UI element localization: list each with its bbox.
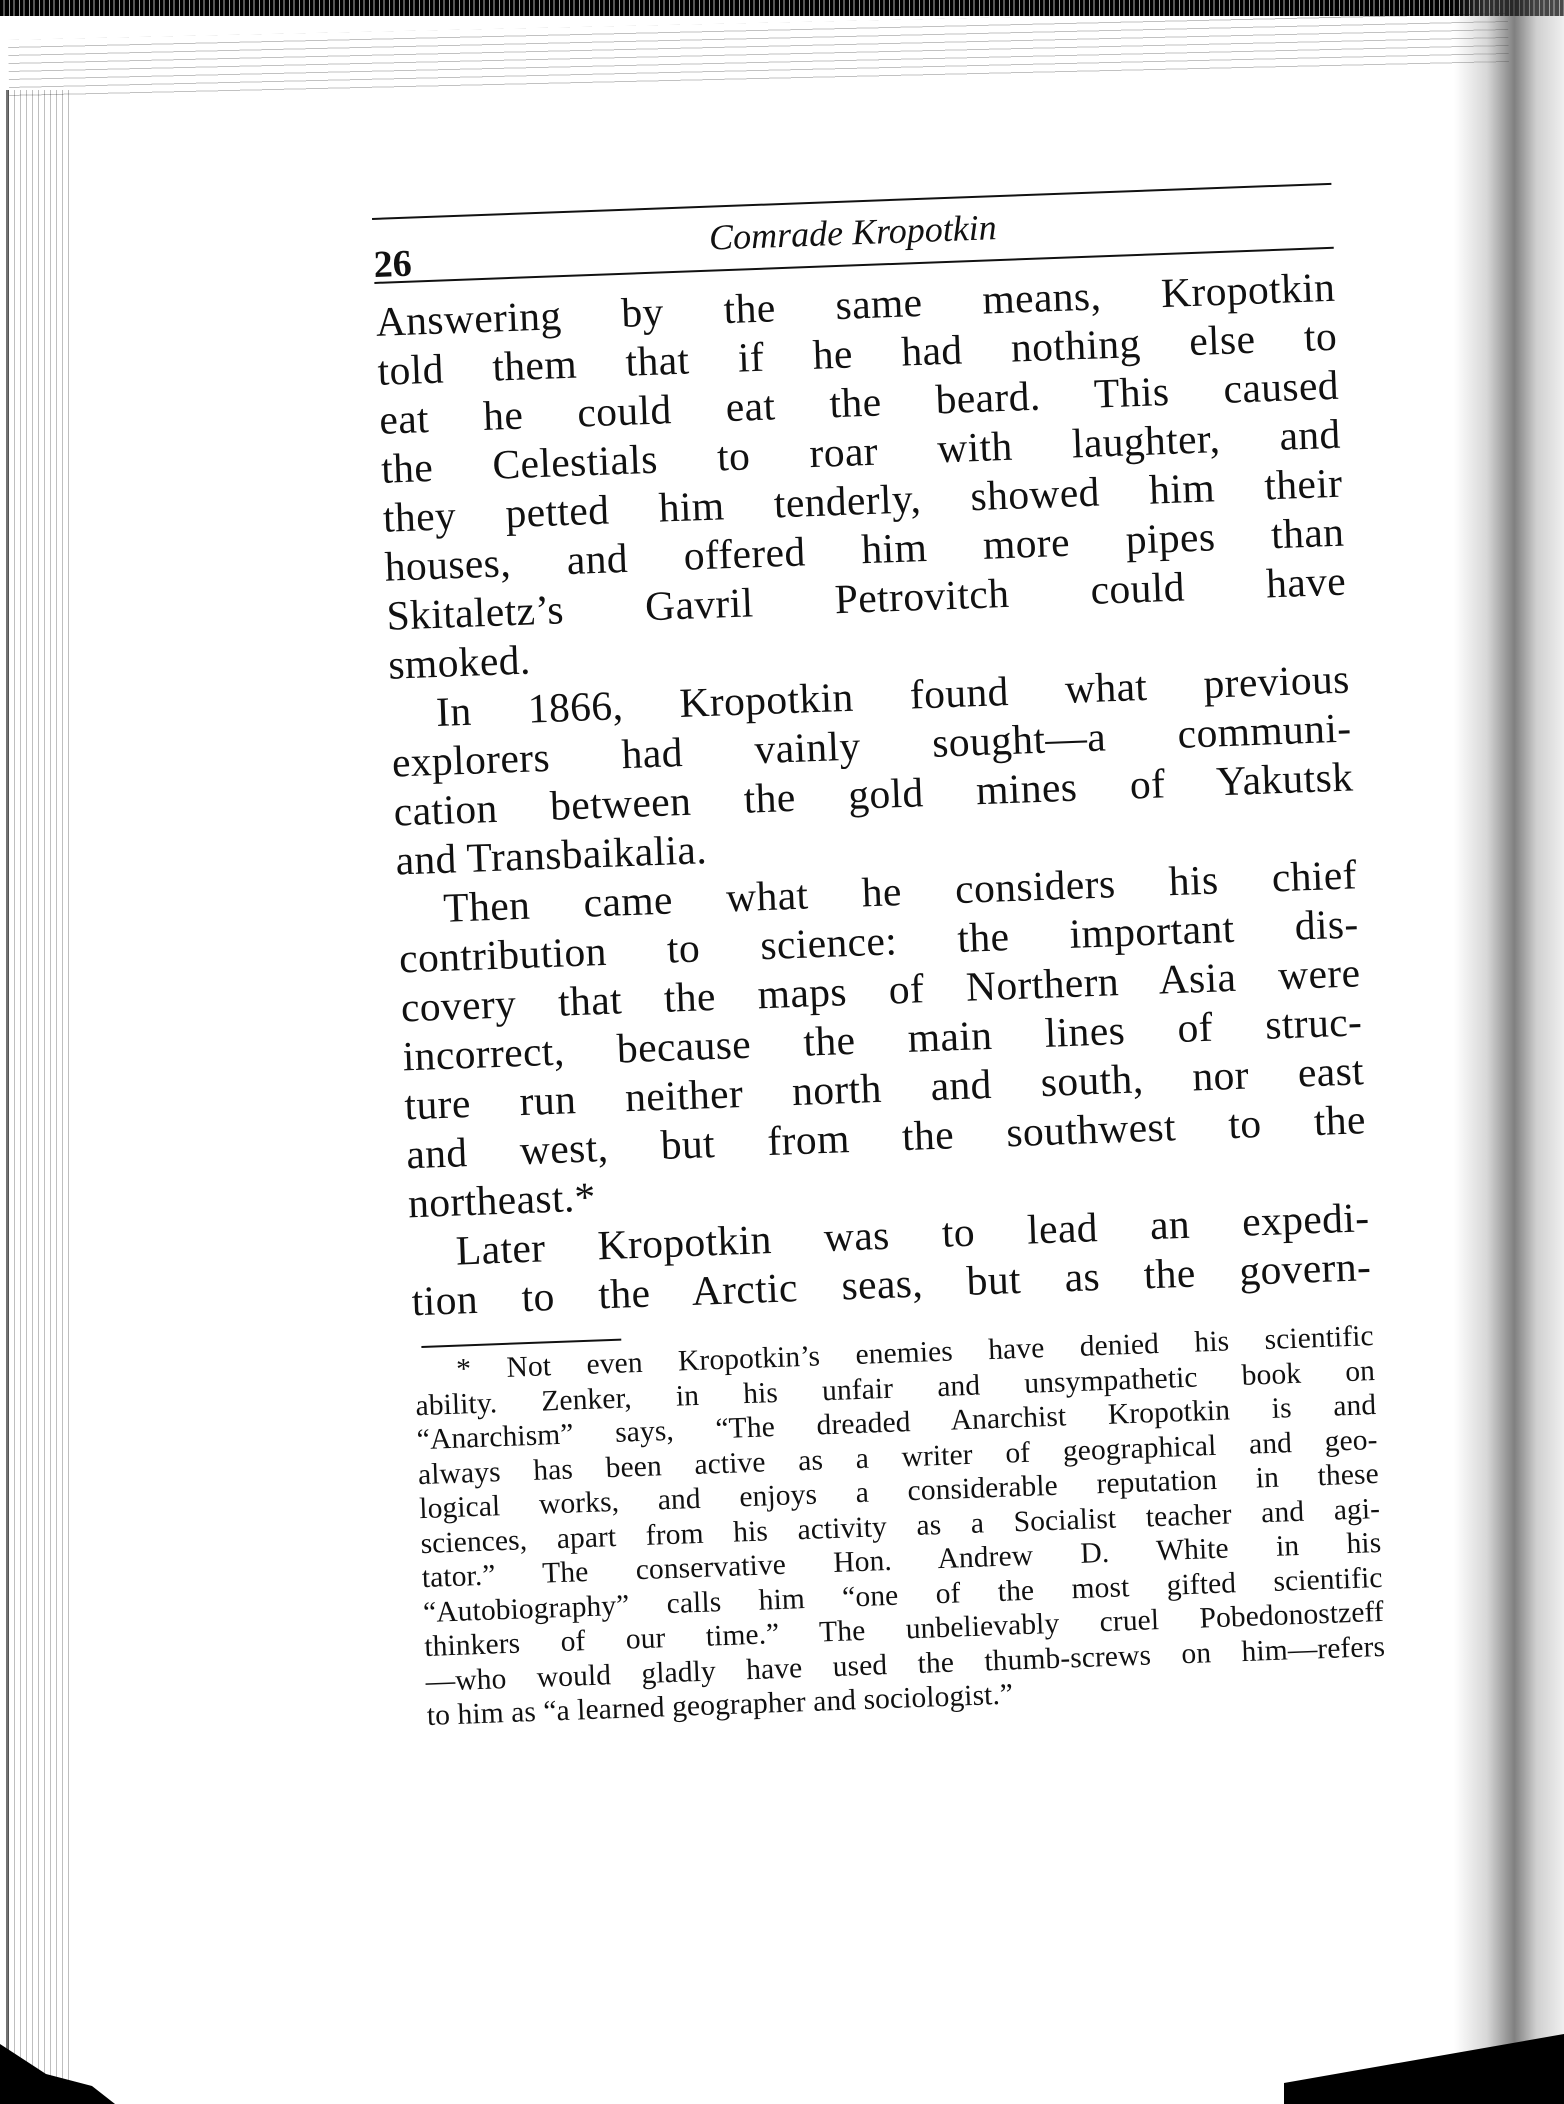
running-title: Comrade Kropotkin: [373, 197, 1334, 268]
book-page: 26 Comrade Kropotkin Answering by the sa…: [372, 183, 1387, 1734]
body-text: Answering by the same means, Kropotkin t…: [375, 263, 1372, 1326]
footnote: * Not even Kropotkin’s enemies have deni…: [414, 1319, 1387, 1733]
footnote-divider: [421, 1339, 621, 1348]
page-stack-top-edges: [8, 6, 1509, 100]
scan-corner-shadow-right: [1284, 2034, 1564, 2104]
page-stack-left-edges: [6, 90, 69, 2080]
book-gutter-shadow: [1454, 0, 1564, 2104]
